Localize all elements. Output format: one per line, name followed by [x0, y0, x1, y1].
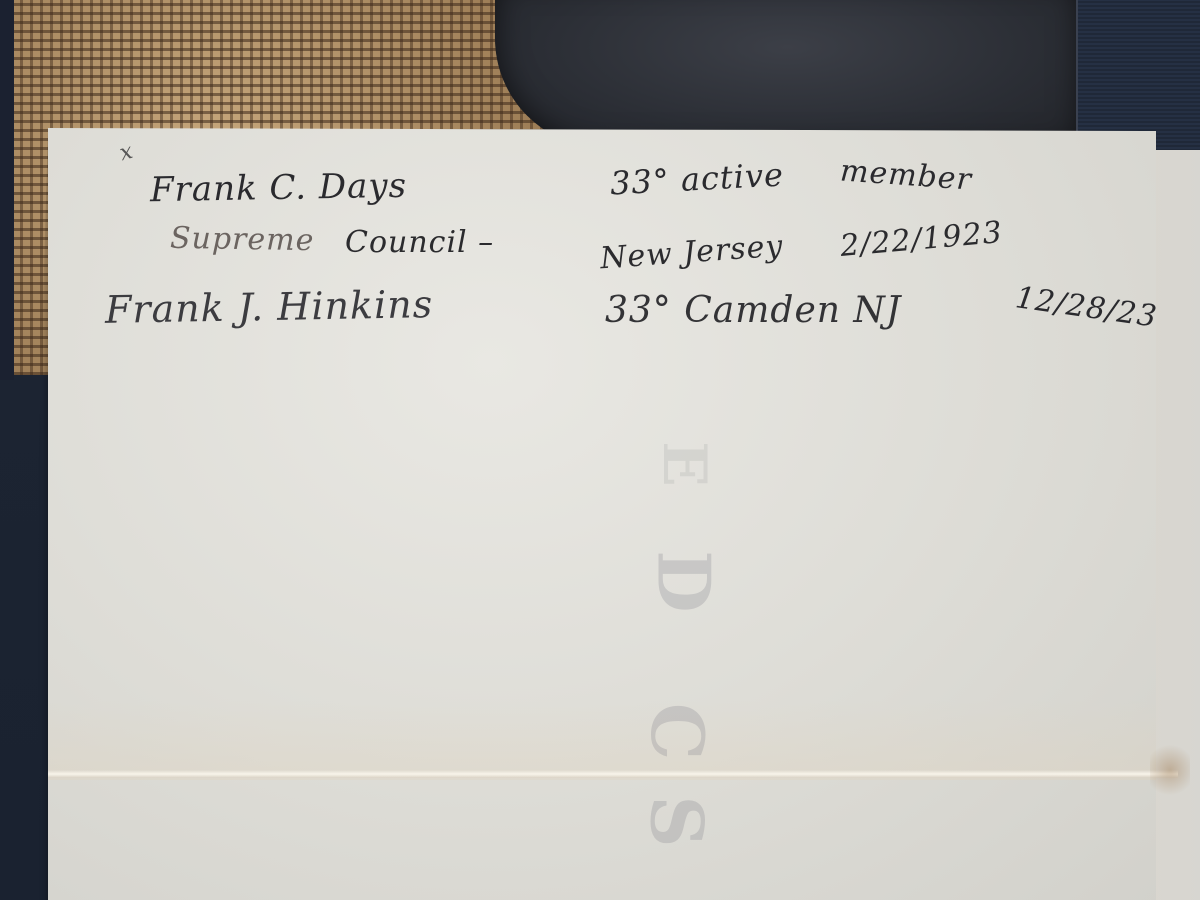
inscription-line-3-location: 33° Camden NJ	[605, 290, 901, 331]
watermark-letter: E	[649, 441, 719, 489]
watermark-letter: D	[642, 550, 727, 614]
dark-leather-wallet	[495, 0, 1080, 148]
watermark-letter: C	[635, 703, 720, 762]
fold-corner-stain	[1150, 740, 1190, 800]
paper-discoloration	[48, 700, 1156, 780]
paper-fold-crease	[48, 770, 1178, 778]
inscription-line-1-name: Frank C. Days	[150, 166, 408, 210]
watermark-letter: S	[635, 796, 720, 850]
inscription-line-2-supreme: Supreme	[170, 221, 315, 259]
inscription-line-2-council: Council –	[345, 225, 494, 260]
inscription-line-3-signature: Frank J. Hinkins	[105, 282, 434, 332]
dark-background-edge	[0, 0, 14, 380]
photo-scene: E D C S x Frank C. Days 33° active membe…	[0, 0, 1200, 900]
